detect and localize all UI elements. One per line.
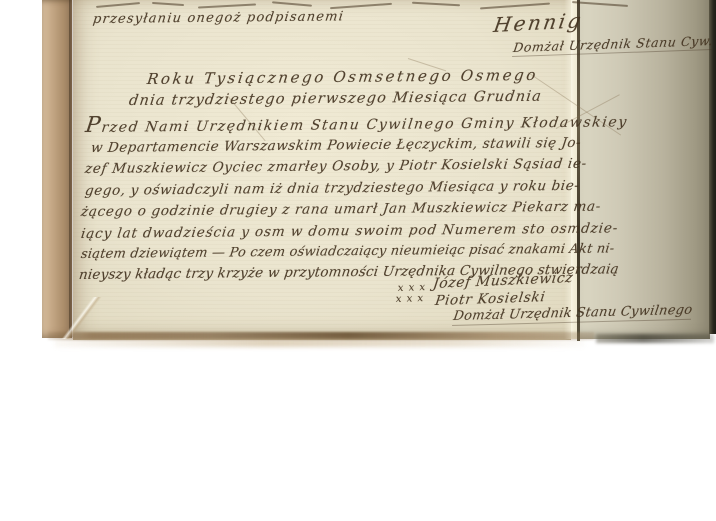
facing-page-bottom-shadow — [596, 334, 714, 343]
signature-hennig: Hennig — [492, 8, 585, 37]
bottom-left-corner-fold — [45, 297, 115, 339]
book-cover-edge — [709, 0, 716, 334]
margin-annotation: przesyłaniu onegoż podpisanemi — [92, 9, 345, 27]
book-binding-strip — [42, 0, 72, 338]
worn-bottom-edge-soft — [55, 339, 585, 347]
scanned-register-page: przesyłaniu onegoż podpisanemi Hennig Do… — [0, 0, 716, 521]
witness-cross-marks-row2: x x x — [396, 293, 425, 305]
